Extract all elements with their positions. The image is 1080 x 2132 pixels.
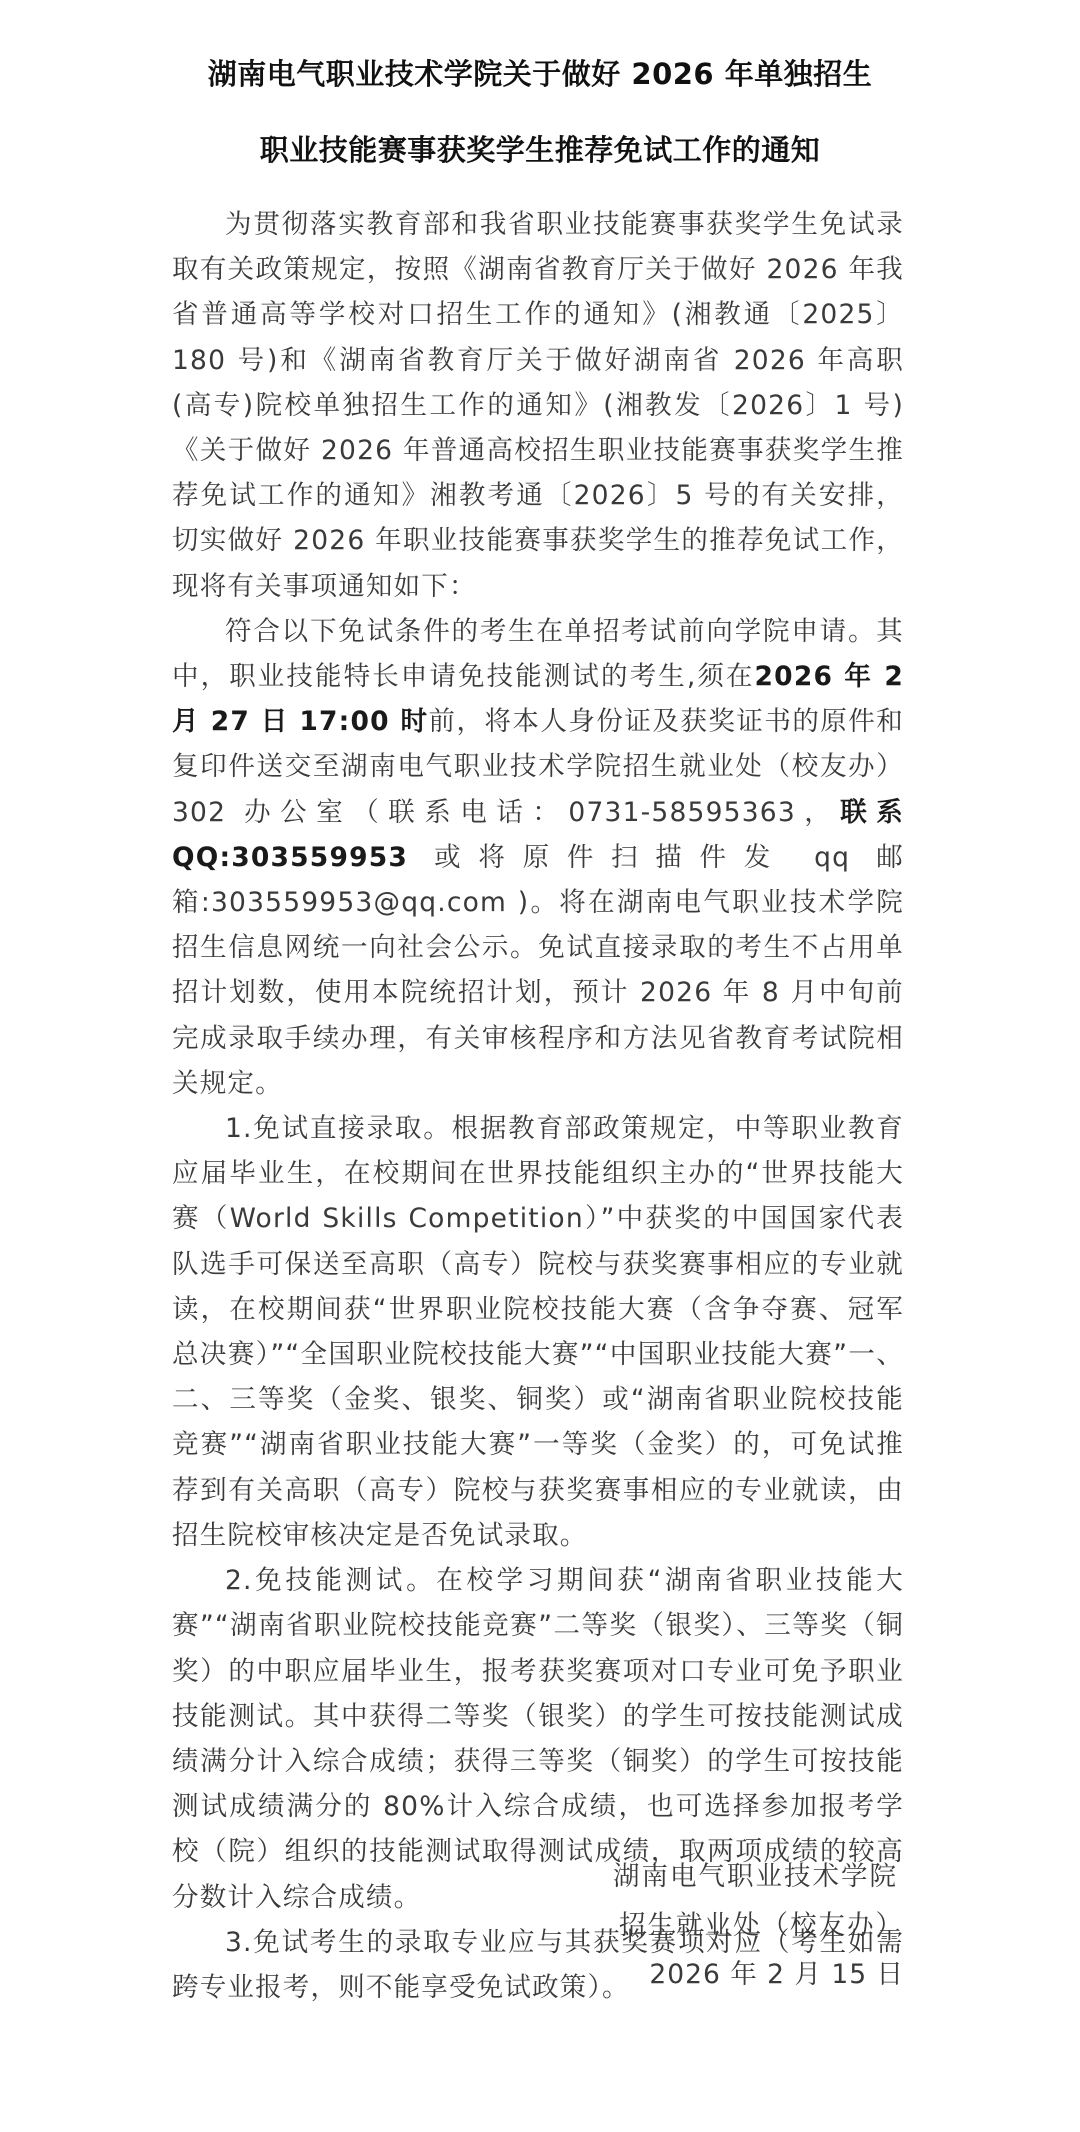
signature-date: 2026 年 2 月 15 日 [649, 1950, 904, 1999]
signature-org: 湖南电气职业技术学院 [613, 1852, 898, 1901]
application-paragraph: 符合以下免试条件的考生在单招考试前向学院申请。其中，职业技能特长申请免技能测试的… [172, 609, 904, 1106]
item-1-direct-admission: 1.免试直接录取。根据教育部政策规定，中等职业教育应届毕业生，在校期间在世界技能… [172, 1106, 904, 1558]
intro-paragraph: 为贯彻落实教育部和我省职业技能赛事获奖学生免试录取有关政策规定，按照《湖南省教育… [172, 202, 904, 609]
title-line-1: 湖南电气职业技术学院关于做好 2026 年单独招生 [0, 52, 1080, 93]
title-line-2: 职业技能赛事获奖学生推荐免试工作的通知 [0, 128, 1080, 169]
signature-dept: 招生就业处（校友办） [619, 1901, 904, 1950]
notice-body: 为贯彻落实教育部和我省职业技能赛事获奖学生免试录取有关政策规定，按照《湖南省教育… [172, 202, 904, 2010]
application-text-3: 或将原件扫描件发 qq 邮箱:303559953@qq.com )。将在湖南电气… [172, 842, 904, 1099]
